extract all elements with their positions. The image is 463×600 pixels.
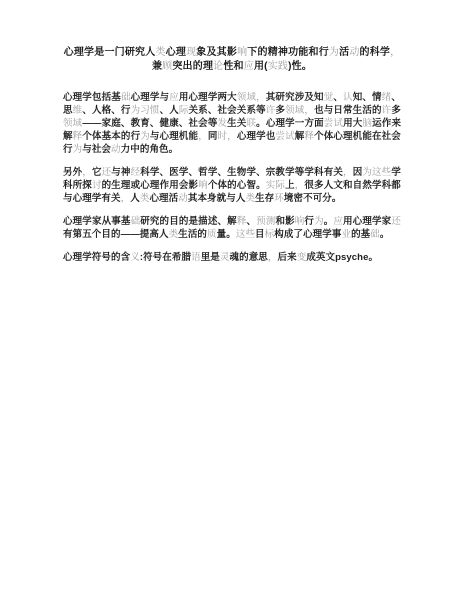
text-run: 的基 — [351, 229, 370, 240]
text-run: 领域， — [285, 105, 314, 116]
text-run: ——家庭、教育、健康、社会等 — [82, 118, 217, 129]
text-run: 研究的目的是描述、解 — [140, 216, 237, 227]
text-run: 的科学 — [360, 47, 391, 58]
text-run: 标 — [265, 229, 275, 240]
paragraph-overview: 心理学包括基础心理学与应用心理学两大领域，其研究涉及知觉、认知、情绪、思维、人格… — [63, 91, 401, 156]
text-run: 为习惯 — [131, 105, 160, 116]
text-run: 。 — [324, 216, 334, 227]
text-run: 类 — [155, 47, 165, 58]
text-run: 突出的理 — [172, 61, 213, 72]
text-run: 经 — [131, 167, 141, 178]
text-run: 响 — [295, 216, 305, 227]
text-run: 活 — [339, 47, 349, 58]
text-run: 许 — [266, 105, 276, 116]
text-run: 还 — [102, 167, 112, 178]
text-run: 变 — [297, 252, 307, 263]
text-run: 用心理学家 — [343, 216, 391, 227]
paragraph-research-goals: 心理学家从事基础研究的目的是描述、解释、预测和影响行为。应用心理学家还有第五个目… — [63, 215, 401, 241]
text-run: ， — [295, 180, 305, 191]
text-run: 构成了心理学事 — [274, 229, 341, 240]
text-run: 动 — [111, 144, 121, 155]
text-run: 里是 — [201, 252, 220, 263]
text-run: 心理学与 — [131, 92, 170, 103]
text-run: 绪 — [382, 92, 392, 103]
text-run: 许 — [382, 105, 392, 116]
text-run: 类 — [245, 193, 255, 204]
text-run: 为 — [73, 144, 83, 155]
text-run: 这些 — [236, 229, 255, 240]
text-run: 。心理学一方面 — [256, 118, 324, 129]
text-run: 脑 — [362, 118, 372, 129]
text-run: ， — [121, 193, 131, 204]
text-run: 为 — [329, 47, 339, 58]
text-run: 际 — [179, 105, 189, 116]
text-run: 心理学是一门研究人 — [64, 47, 156, 58]
text-run: 响 — [198, 180, 208, 191]
text-run: 生存 — [255, 193, 274, 204]
text-run: 知、情 — [353, 92, 382, 103]
text-run: 魂的意思 — [230, 252, 268, 263]
text-run: 为 — [314, 216, 324, 227]
text-run: 环 — [274, 193, 284, 204]
text-run: 础 — [121, 92, 131, 103]
text-run: 与社会 — [82, 144, 111, 155]
text-run: 讨 — [92, 180, 102, 191]
text-run: ， — [198, 131, 208, 142]
text-run: 实际 — [266, 180, 285, 191]
text-run: 还 — [391, 216, 401, 227]
text-run: 用大 — [343, 118, 362, 129]
text-run: 量。 — [217, 229, 236, 240]
text-run: 其本身就与人 — [188, 193, 246, 204]
text-run: 心理活 — [149, 193, 178, 204]
text-run: 性和 — [223, 61, 243, 72]
text-run: ， — [268, 252, 278, 263]
paragraph-related-disciplines: 另外，它还与神经科学、医学、哲学、生物学、宗教学等学科有关，因为这些学科所探讨的… — [63, 166, 401, 205]
text-run: 、 — [246, 216, 256, 227]
text-run: 灵 — [220, 252, 230, 263]
text-run: 动 — [349, 47, 359, 58]
text-run: 上 — [285, 180, 295, 191]
text-run: 、人 — [160, 105, 179, 116]
text-run: 后来 — [278, 252, 297, 263]
text-run: 多 — [275, 105, 285, 116]
text-run: 生活的 — [178, 229, 207, 240]
text-run: ， — [82, 167, 92, 178]
text-run: 动 — [178, 193, 188, 204]
text-run: 的生理或心理作用会影 — [102, 180, 199, 191]
text-run: 论 — [213, 61, 223, 72]
text-run: 与心理机能 — [150, 131, 198, 142]
text-run: 和影 — [275, 216, 294, 227]
text-run: 类 — [169, 229, 179, 240]
text-run: 心理学也 — [237, 131, 276, 142]
text-run: ， — [343, 167, 353, 178]
text-run: 关系、社会关系等 — [189, 105, 266, 116]
text-run: 有第五个目的——提高人 — [63, 229, 169, 240]
paragraph-symbol-meaning: 心理学符号的含义:符号在希腊语里是灵魂的意思，后来变成英文psyche。 — [63, 251, 401, 264]
text-run: 用心理学两大 — [179, 92, 237, 103]
document-content: 心理学是一门研究人类心理现象及其影响下的精神功能和行为活动的科学，兼顾突出的理论… — [0, 0, 463, 264]
text-run: 维 — [73, 105, 83, 116]
text-run: 其研究涉及知 — [266, 92, 324, 103]
text-run: 顾 — [162, 61, 172, 72]
text-run: 心理学符号的含 — [63, 252, 130, 263]
text-run: 释 — [73, 131, 83, 142]
text-run: 力中的角色。 — [121, 144, 179, 155]
text-run: 下的精神功能和行 — [247, 47, 329, 58]
text-run: 目 — [255, 229, 265, 240]
text-run: 科学、医学、哲学、生物学、宗教学等学科有关 — [140, 167, 343, 178]
text-run: 业 — [341, 229, 351, 240]
text-run: 质 — [207, 229, 217, 240]
text-run: 类 — [140, 193, 150, 204]
text-run: 尝试 — [275, 131, 294, 142]
text-run: 也与日常生活的 — [314, 105, 382, 116]
text-run: 心理 — [166, 47, 186, 58]
text-run: 兼 — [152, 61, 162, 72]
text-run: 响 — [237, 47, 247, 58]
text-run: :符号在希腊 — [140, 252, 191, 263]
text-run: 用( — [254, 61, 268, 72]
text-run: 因 — [353, 167, 363, 178]
text-run: 领域 — [63, 118, 82, 129]
text-run: ， — [390, 47, 400, 58]
text-run: 应 — [169, 92, 179, 103]
text-run: 现 — [186, 47, 196, 58]
text-run: 生关 — [227, 118, 246, 129]
text-run: 心理学包括基 — [63, 92, 121, 103]
text-run: 人 — [130, 193, 140, 204]
text-run: 成英文psyche。 — [306, 252, 378, 263]
text-run: 应 — [244, 61, 254, 72]
document-title: 心理学是一门研究人类心理现象及其影响下的精神功能和行为活动的科学，兼顾突出的理论… — [63, 46, 401, 74]
text-run: 时， — [218, 131, 237, 142]
text-run: 境密不可分。 — [284, 193, 342, 204]
text-run: 领域， — [237, 92, 266, 103]
text-run: 与神 — [111, 167, 130, 178]
text-run: 尝试 — [324, 118, 343, 129]
text-run: 预测 — [256, 216, 275, 227]
text-run: 为这些 — [362, 167, 391, 178]
text-run: 应 — [333, 216, 343, 227]
text-run: 另外 — [63, 167, 82, 178]
text-run: 联 — [247, 118, 257, 129]
text-run: 觉 — [324, 92, 334, 103]
text-run: 解 — [295, 131, 305, 142]
text-run: 为 — [140, 131, 150, 142]
text-run: 发 — [218, 118, 228, 129]
text-run: 个体基本的行 — [82, 131, 140, 142]
text-run: )性。 — [288, 61, 312, 72]
text-run: 实践 — [268, 61, 288, 72]
text-run: 、人格、行 — [82, 105, 130, 116]
text-run: 心理学家从事基 — [63, 216, 131, 227]
text-run: 义 — [130, 252, 140, 263]
text-run: 个体的心智。 — [208, 180, 266, 191]
text-run: 础 — [131, 216, 141, 227]
text-run: 、 — [333, 92, 343, 103]
text-run: 。 — [380, 229, 390, 240]
text-run: 语 — [191, 252, 201, 263]
text-run: 释 — [304, 131, 314, 142]
text-run: 础 — [370, 229, 380, 240]
text-run: 多 — [391, 105, 401, 116]
text-run: 它 — [92, 167, 102, 178]
document-page: 心理学是一门研究人类心理现象及其影响下的精神功能和行为活动的科学，兼顾突出的理论… — [0, 0, 463, 600]
text-run: 象及其影 — [196, 47, 237, 58]
text-run: 行 — [304, 216, 314, 227]
text-run: 同 — [208, 131, 218, 142]
text-run: 认 — [343, 92, 353, 103]
